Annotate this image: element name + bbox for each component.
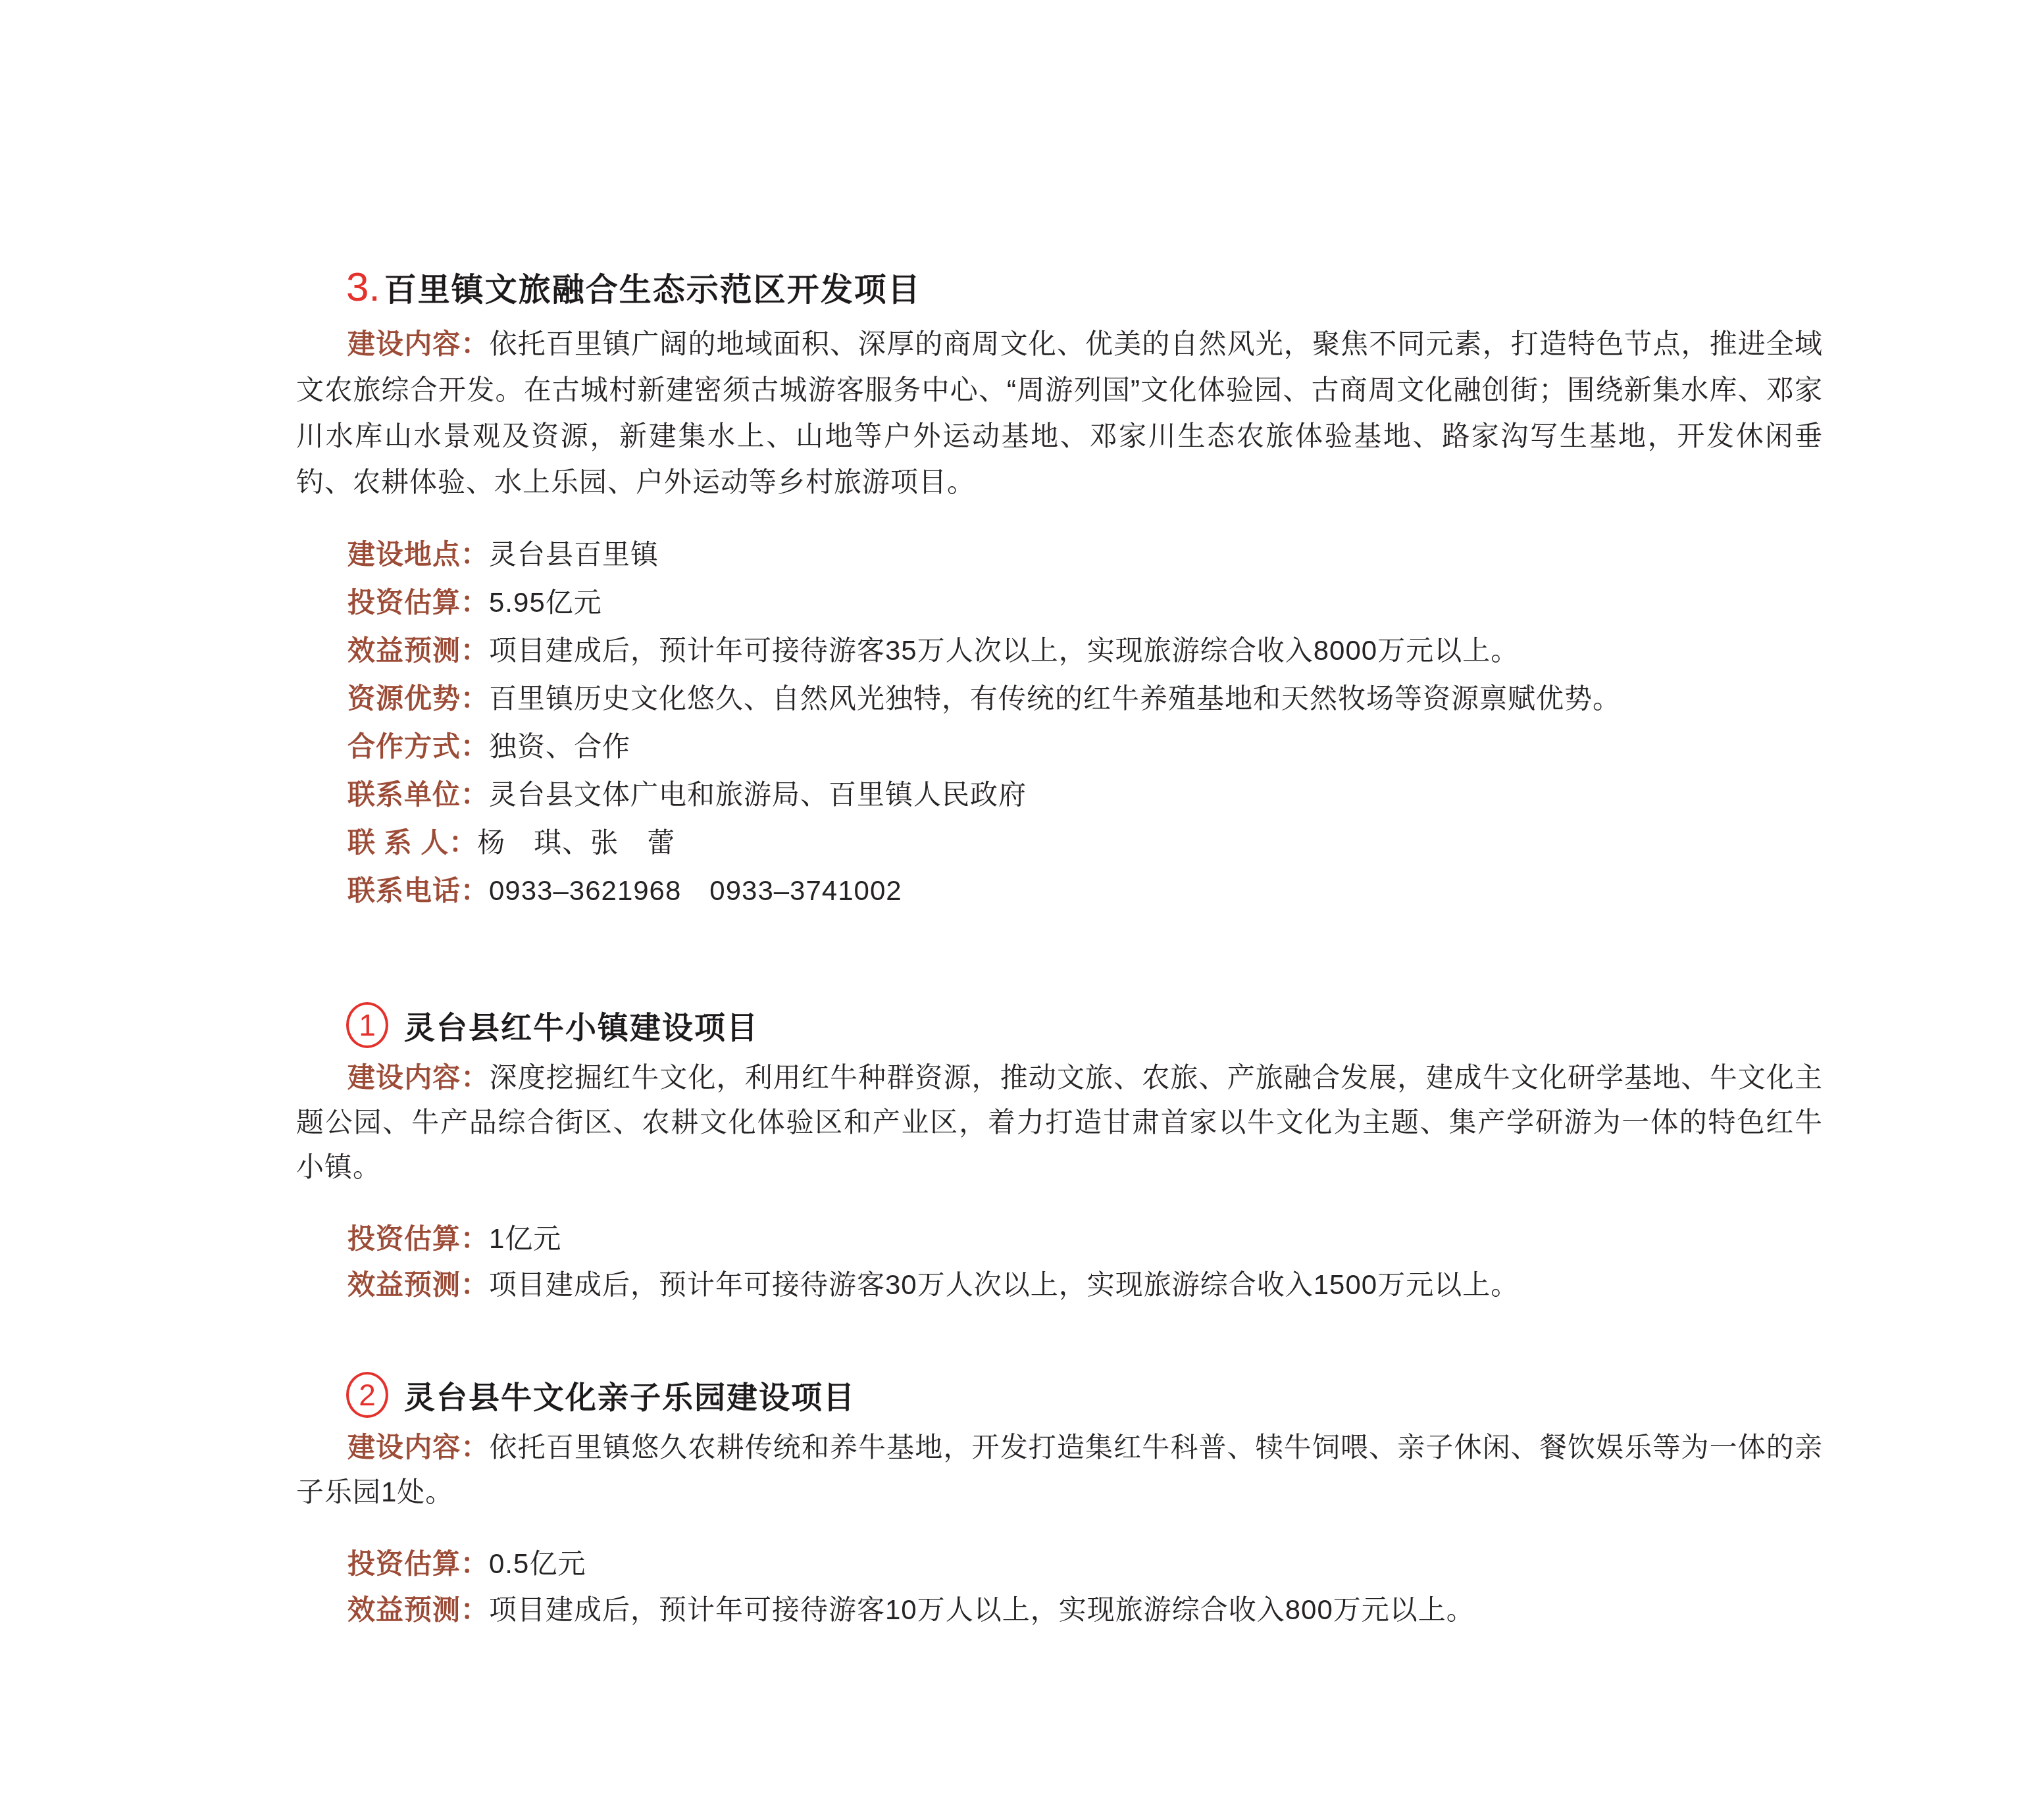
main-project-number: 3. [346,267,380,308]
circled-number-badge: 1 [346,1002,388,1048]
field-value: 灵台县文体广电和旅游局、百里镇人民政府 [489,779,1027,810]
page-content: 3. 百里镇文旅融合生态示范区开发项目 建设内容：依托百里镇广阔的地域面积、深厚… [296,0,1823,1633]
sub-project-1-content-paragraph: 建设内容：深度挖掘红牛文化，利用红牛种群资源，推动文旅、农旅、产旅融合发展，建成… [296,1055,1823,1190]
main-project-title: 百里镇文旅融合生态示范区开发项目 [384,274,921,307]
field-label: 建设地点： [347,539,489,570]
field-value: 项目建成后，预计年可接待游客30万人次以上，实现旅游综合收入1500万元以上。 [489,1269,1519,1300]
info-row-resources: 资源优势：百里镇历史文化悠久、自然风光独特，有传统的红牛养殖基地和天然牧场等资源… [347,674,1823,722]
info-row-location: 建设地点：灵台县百里镇 [347,530,1823,578]
field-label: 联系单位： [347,779,489,810]
document-page-body: { "colors": { "accent_red": "#e5312b", "… [0,0,2044,1812]
field-value: 5.95亿元 [489,587,602,618]
info-row-contact-phone: 联系电话：0933–3621968 0933–3741002 [347,867,1823,915]
sub-project-2-info-list: 投资估算：0.5亿元 效益预测：项目建成后，预计年可接待游客10万人以上，实现旅… [296,1541,1823,1633]
sub-project-1-heading: 1 灵台县红牛小镇建设项目 [296,999,1823,1051]
field-label: 效益预测： [347,1269,489,1300]
sub-project-2-content-paragraph: 建设内容：依托百里镇悠久农耕传统和养牛基地，开发打造集红牛科普、犊牛饲喂、亲子休… [296,1425,1823,1515]
sub-project-2-title: 灵台县牛文化亲子乐园建设项目 [404,1373,856,1417]
main-project-heading: 3. 百里镇文旅融合生态示范区开发项目 [296,267,1823,308]
field-value: 项目建成后，预计年可接待游客35万人次以上，实现旅游综合收入8000万元以上。 [489,635,1519,666]
info-row-benefit: 效益预测：项目建成后，预计年可接待游客10万人以上，实现旅游综合收入800万元以… [347,1587,1823,1633]
content-field-label: 建设内容： [347,1432,490,1463]
content-field-label: 建设内容： [347,328,490,359]
circled-number-badge: 2 [346,1372,388,1418]
content-field-label: 建设内容： [347,1062,490,1093]
field-label: 资源优势： [347,683,489,714]
content-field-text: 依托百里镇悠久农耕传统和养牛基地，开发打造集红牛科普、犊牛饲喂、亲子休闲、餐饮娱… [296,1432,1823,1507]
sub-project-2-heading: 2 灵台县牛文化亲子乐园建设项目 [296,1369,1823,1421]
info-row-investment: 投资估算：0.5亿元 [347,1541,1823,1587]
document-page: 3. 百里镇文旅融合生态示范区开发项目 建设内容：依托百里镇广阔的地域面积、深厚… [0,0,2044,1812]
field-value: 灵台县百里镇 [489,539,659,570]
field-value: 0.5亿元 [489,1548,586,1579]
sub-project-1-title: 灵台县红牛小镇建设项目 [404,1003,759,1047]
field-value: 0933–3621968 0933–3741002 [489,875,902,906]
info-row-investment: 投资估算：5.95亿元 [347,578,1823,626]
field-label: 投资估算： [347,1548,489,1579]
main-project-content-paragraph: 建设内容：依托百里镇广阔的地域面积、深厚的商周文化、优美的自然风光，聚焦不同元素… [296,321,1823,505]
field-label: 联 系 人： [347,827,477,858]
field-value: 1亿元 [489,1223,561,1254]
content-field-text: 深度挖掘红牛文化，利用红牛种群资源，推动文旅、农旅、产旅融合发展，建成牛文化研学… [296,1062,1823,1182]
info-row-benefit: 效益预测：项目建成后，预计年可接待游客35万人次以上，实现旅游综合收入8000万… [347,626,1823,674]
info-row-cooperation: 合作方式：独资、合作 [347,722,1823,770]
info-row-contact-unit: 联系单位：灵台县文体广电和旅游局、百里镇人民政府 [347,770,1823,818]
field-value: 项目建成后，预计年可接待游客10万人以上，实现旅游综合收入800万元以上。 [489,1594,1475,1625]
sub-project-1-info-list: 投资估算：1亿元 效益预测：项目建成后，预计年可接待游客30万人次以上，实现旅游… [296,1216,1823,1308]
info-row-contact-person: 联 系 人：杨 琪、张 蕾 [347,818,1823,867]
main-project-info-list: 建设地点：灵台县百里镇 投资估算：5.95亿元 效益预测：项目建成后，预计年可接… [296,530,1823,915]
field-label: 合作方式： [347,731,489,762]
info-row-investment: 投资估算：1亿元 [347,1216,1823,1262]
content-field-text: 依托百里镇广阔的地域面积、深厚的商周文化、优美的自然风光，聚焦不同元素，打造特色… [296,328,1823,497]
field-label: 投资估算： [347,587,489,618]
field-value: 杨 琪、张 蕾 [477,827,675,858]
field-label: 效益预测： [347,1594,489,1625]
info-row-benefit: 效益预测：项目建成后，预计年可接待游客30万人次以上，实现旅游综合收入1500万… [347,1262,1823,1308]
field-label: 投资估算： [347,1223,489,1254]
field-value: 百里镇历史文化悠久、自然风光独特，有传统的红牛养殖基地和天然牧场等资源禀赋优势。 [489,683,1621,714]
field-label: 联系电话： [347,875,489,906]
field-value: 独资、合作 [489,731,630,762]
field-label: 效益预测： [347,635,489,666]
